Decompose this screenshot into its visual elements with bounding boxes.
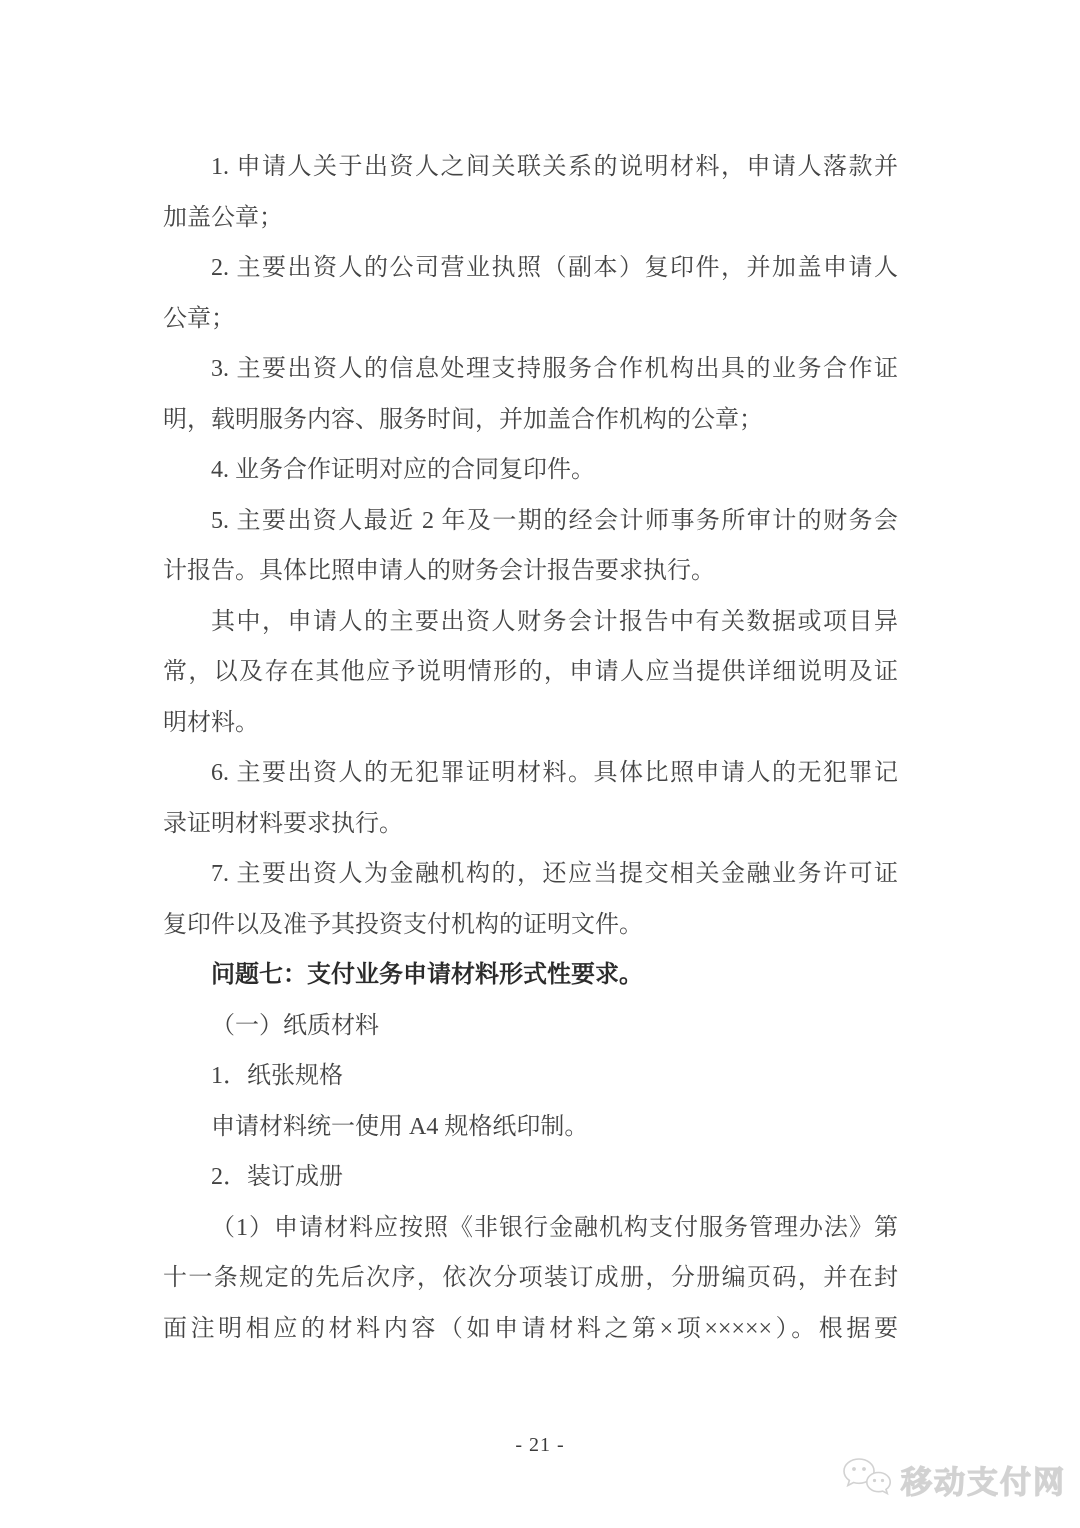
text-line-20: 申请材料统一使用 A4 规格纸印制。 <box>163 1102 898 1153</box>
page-number: - 21 - <box>0 1434 1080 1457</box>
text-line-1: 1. 申请人关于出资人之间关联关系的说明材料，申请人落款并 <box>163 142 898 193</box>
text-line-13: 6. 主要出资人的无犯罪证明材料。具体比照申请人的无犯罪记 <box>163 748 898 799</box>
text-line-6: 明，载明服务内容、服务时间，并加盖合作机构的公章； <box>163 395 898 446</box>
text-line-4: 公章； <box>163 294 898 345</box>
text-line-22: （1）申请材料应按照《非银行金融机构支付服务管理办法》第 <box>163 1203 898 1254</box>
document-page: 1. 申请人关于出资人之间关联关系的说明材料，申请人落款并加盖公章；2. 主要出… <box>0 0 1080 1528</box>
text-line-5: 3. 主要出资人的信息处理支持服务合作机构出具的业务合作证 <box>163 344 898 395</box>
watermark-text: 移动支付网 <box>901 1457 1066 1502</box>
text-line-12: 明材料。 <box>163 698 898 749</box>
text-line-18: （一）纸质材料 <box>163 1001 898 1052</box>
text-line-8: 5. 主要出资人最近 2 年及一期的经会计师事务所审计的财务会 <box>163 496 898 547</box>
text-line-11: 常，以及存在其他应予说明情形的，申请人应当提供详细说明及证 <box>163 647 898 698</box>
document-body: 1. 申请人关于出资人之间关联关系的说明材料，申请人落款并加盖公章；2. 主要出… <box>163 142 898 1354</box>
text-line-21: 2．装订成册 <box>163 1152 898 1203</box>
text-line-3: 2. 主要出资人的公司营业执照（副本）复印件，并加盖申请人 <box>163 243 898 294</box>
text-line-17: 问题七：支付业务申请材料形式性要求。 <box>163 950 898 1001</box>
text-line-15: 7. 主要出资人为金融机构的，还应当提交相关金融业务许可证 <box>163 849 898 900</box>
text-line-7: 4. 业务合作证明对应的合同复印件。 <box>163 445 898 496</box>
text-line-23: 十一条规定的先后次序，依次分项装订成册，分册编页码，并在封 <box>163 1253 898 1304</box>
text-line-9: 计报告。具体比照申请人的财务会计报告要求执行。 <box>163 546 898 597</box>
text-line-14: 录证明材料要求执行。 <box>163 799 898 850</box>
text-line-24: 面注明相应的材料内容（如申请材料之第×项×××××）。根据要 <box>163 1304 898 1355</box>
watermark: 移动支付网 <box>841 1456 1066 1502</box>
text-line-2: 加盖公章； <box>163 193 898 244</box>
text-line-16: 复印件以及准予其投资支付机构的证明文件。 <box>163 900 898 951</box>
text-line-19: 1．纸张规格 <box>163 1051 898 1102</box>
text-line-10: 其中，申请人的主要出资人财务会计报告中有关数据或项目异 <box>163 597 898 648</box>
wechat-icon <box>841 1456 893 1502</box>
